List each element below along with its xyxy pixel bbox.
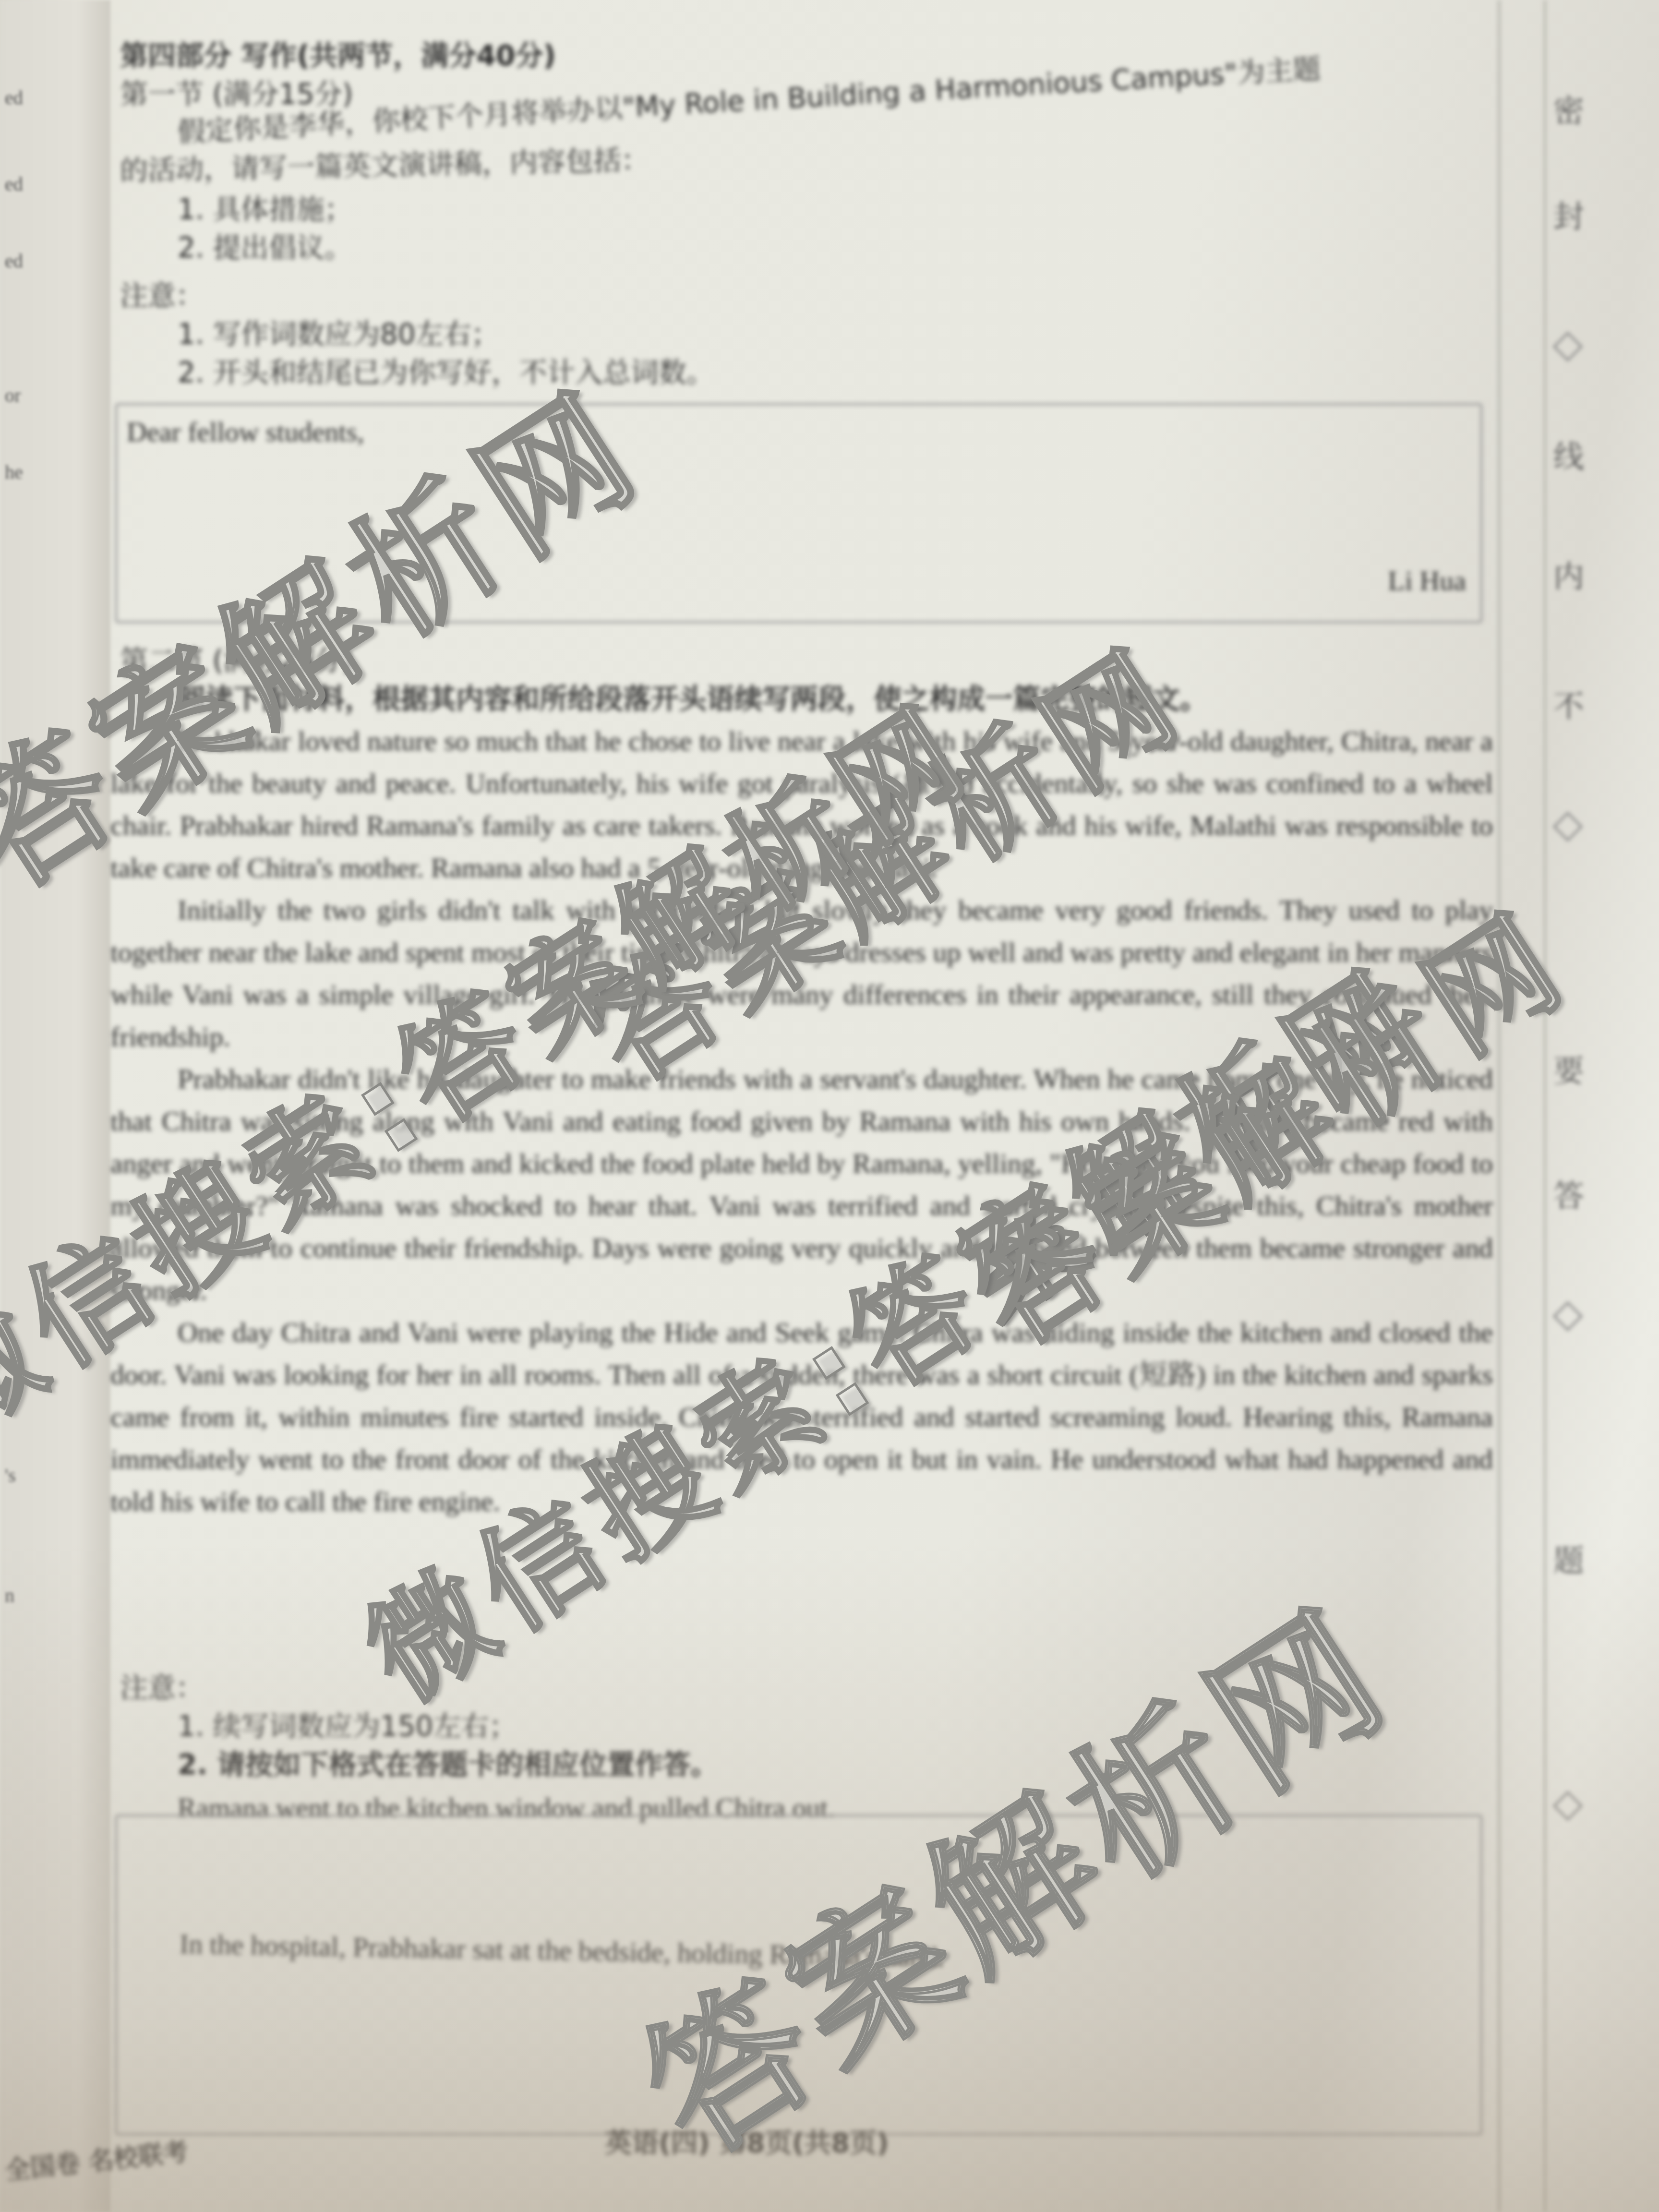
letter-signature: Li Hua [1388, 564, 1466, 598]
text-fragment: ed [5, 250, 23, 272]
part1-point: 1. 具体措施； [178, 192, 352, 227]
text-fragment: ed [5, 173, 23, 195]
part2-notes-label: 注意： [120, 1671, 204, 1705]
text-fragment: or [5, 384, 21, 407]
binding-char: 线 [1553, 432, 1584, 476]
text-fragment: he [5, 461, 23, 483]
binding-line [1544, 0, 1546, 2212]
binding-char: 要 [1553, 1046, 1584, 1091]
binding-char: 内 [1553, 552, 1584, 596]
text-fragment: n [5, 1584, 14, 1607]
binding-char: 题 [1553, 1536, 1584, 1580]
notes-label: 注意： [120, 278, 204, 313]
part2-note: 1. 续写词数应为150左右； [178, 1709, 517, 1743]
part1-prompt-cont: 的活动，请写一篇英文演讲稿，内容包括： [120, 143, 649, 188]
binding-char: 不 [1553, 682, 1584, 726]
text-fragment: 's [5, 1464, 16, 1487]
part1-note: 1. 写作词数应为80左右； [178, 317, 499, 351]
part1-point: 2. 提出倡议。 [178, 230, 352, 265]
diamond-mark-icon [1553, 1301, 1583, 1331]
section-heading: 第四部分 写作(共两节，满分40分) [120, 38, 556, 73]
binding-margin: 密 封 线 内 不 要 答 题 [1498, 0, 1659, 2212]
binding-char: 答 [1553, 1171, 1584, 1215]
letter-opening: Dear fellow students, [127, 415, 364, 449]
binding-char: 密 [1553, 86, 1584, 131]
adjacent-page-edge: ed ed ed or he 's n [0, 0, 110, 2212]
diamond-mark-icon [1553, 1791, 1583, 1821]
diamond-mark-icon [1553, 812, 1583, 842]
binding-char: 封 [1553, 192, 1584, 236]
text-fragment: ed [5, 86, 23, 109]
part1-heading: 第一节 (满分15分) [120, 77, 353, 111]
part1-note: 2. 开头和结尾已为你写好，不计入总词数。 [178, 355, 714, 390]
diamond-mark-icon [1553, 332, 1583, 361]
part2-note: 2. 请按如下格式在答题卡的相应位置作答。 [178, 1747, 719, 1782]
